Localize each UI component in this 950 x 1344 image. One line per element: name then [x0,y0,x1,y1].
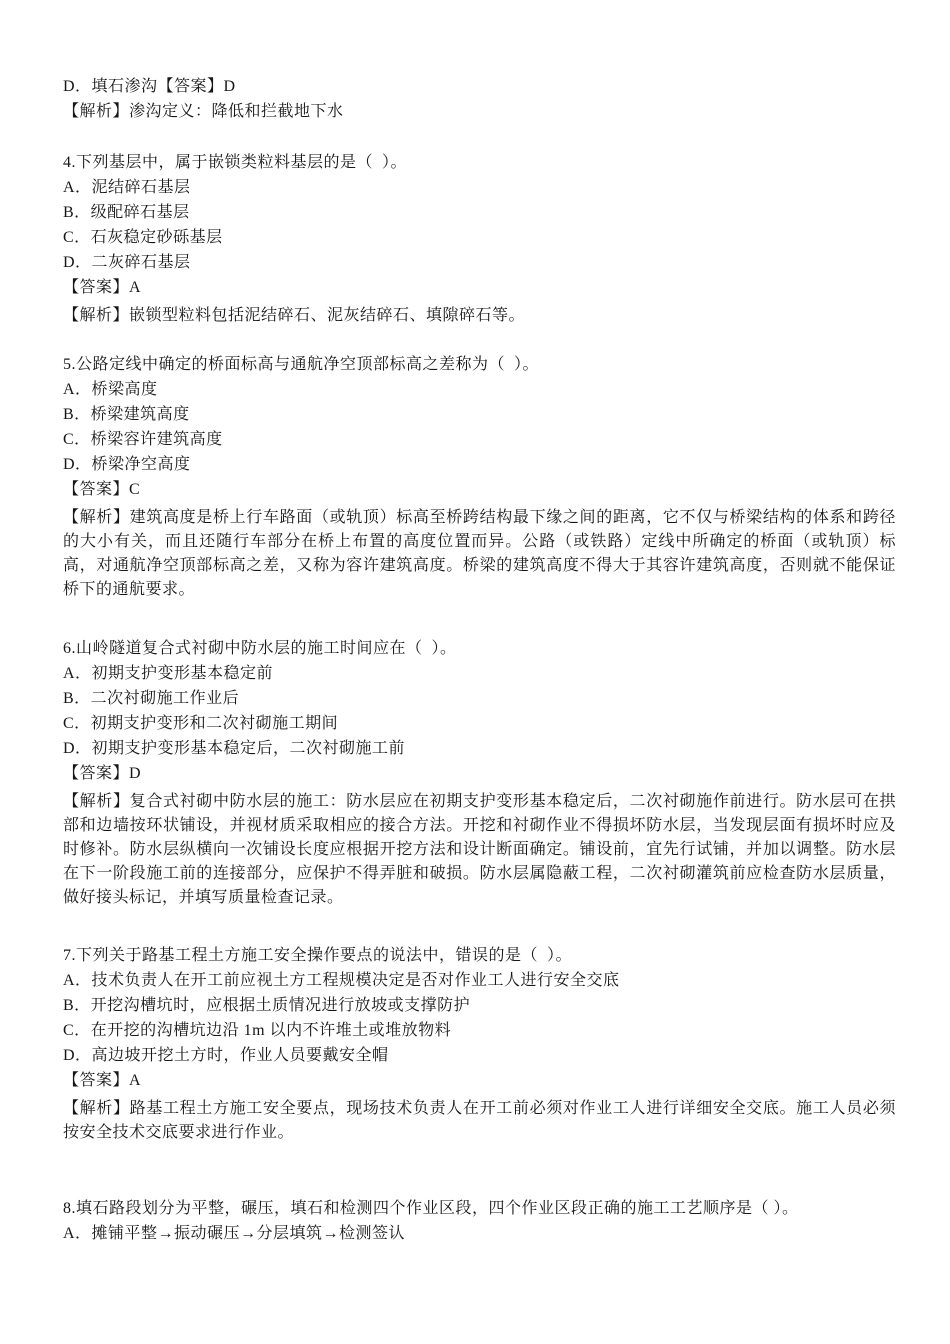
option-d: D．二灰碎石基层 [63,250,896,275]
question-7: 7.下列关于路基工程土方施工安全操作要点的说法中，错误的是（ ）。 A．技术负责… [63,943,896,1145]
option-c: C．石灰稳定砂砾基层 [63,225,896,250]
option-a: A．桥梁高度 [63,377,896,402]
option-d: D．初期支护变形基本稳定后，二次衬砌施工前 [63,736,896,761]
question-stem: 4.下列基层中，属于嵌锁类粒料基层的是（ ）。 [63,150,896,175]
option-d: D．高边坡开挖土方时，作业人员要戴安全帽 [63,1043,896,1068]
analysis-line: 【解析】渗沟定义：降低和拦截地下水 [63,99,896,124]
question-stem: 5.公路定线中确定的桥面标高与通航净空顶部标高之差称为（ ）。 [63,352,896,377]
option-d: D．填石渗沟【答案】D [63,74,896,99]
analysis-text: 【解析】复合式衬砌中防水层的施工：防水层应在初期支护变形基本稳定后，二次衬砌施作… [63,790,896,910]
answer-line: 【答案】A [63,1068,896,1093]
analysis-text: 【解析】建筑高度是桥上行车路面（或轨顶）标高至桥跨结构最下缘之间的距离，它不仅与… [63,506,896,602]
answer-line: 【答案】A [63,275,896,300]
question-5: 5.公路定线中确定的桥面标高与通航净空顶部标高之差称为（ ）。 A．桥梁高度 B… [63,352,896,602]
option-a: A．泥结碎石基层 [63,175,896,200]
analysis-text: 【解析】路基工程土方施工安全要点，现场技术负责人在开工前必须对作业工人进行详细安… [63,1097,896,1145]
question-6: 6.山岭隧道复合式衬砌中防水层的施工时间应在（ ）。 A．初期支护变形基本稳定前… [63,636,896,910]
answer-line: 【答案】D [63,761,896,786]
document-page: D．填石渗沟【答案】D 【解析】渗沟定义：降低和拦截地下水 4.下列基层中，属于… [0,0,950,1344]
option-a: A．初期支护变形基本稳定前 [63,661,896,686]
answer-line: 【答案】C [63,477,896,502]
option-c: C．在开挖的沟槽坑边沿 1m 以内不许堆土或堆放物料 [63,1018,896,1043]
option-a: A．摊铺平整→振动碾压→分层填筑→检测签认 [63,1221,896,1246]
question-4: 4.下列基层中，属于嵌锁类粒料基层的是（ ）。 A．泥结碎石基层 B．级配碎石基… [63,150,896,328]
option-b: B．级配碎石基层 [63,200,896,225]
option-a: A．技术负责人在开工前应视土方工程规模决定是否对作业工人进行安全交底 [63,968,896,993]
question-stem: 8.填石路段划分为平整，碾压，填石和检测四个作业区段，四个作业区段正确的施工工艺… [63,1196,896,1221]
option-c: C．桥梁容许建筑高度 [63,427,896,452]
option-b: B．桥梁建筑高度 [63,402,896,427]
option-c: C．初期支护变形和二次衬砌施工期间 [63,711,896,736]
question-stem: 7.下列关于路基工程土方施工安全操作要点的说法中，错误的是（ ）。 [63,943,896,968]
analysis-text: 【解析】嵌锁型粒料包括泥结碎石、泥灰结碎石、填隙碎石等。 [63,304,896,328]
option-b: B．二次衬砌施工作业后 [63,686,896,711]
question-8: 8.填石路段划分为平整，碾压，填石和检测四个作业区段，四个作业区段正确的施工工艺… [63,1196,896,1246]
option-d: D．桥梁净空高度 [63,452,896,477]
option-b: B．开挖沟槽坑时，应根据土质情况进行放坡或支撑防护 [63,993,896,1018]
question-3-tail: D．填石渗沟【答案】D 【解析】渗沟定义：降低和拦截地下水 [63,74,896,124]
question-stem: 6.山岭隧道复合式衬砌中防水层的施工时间应在（ ）。 [63,636,896,661]
